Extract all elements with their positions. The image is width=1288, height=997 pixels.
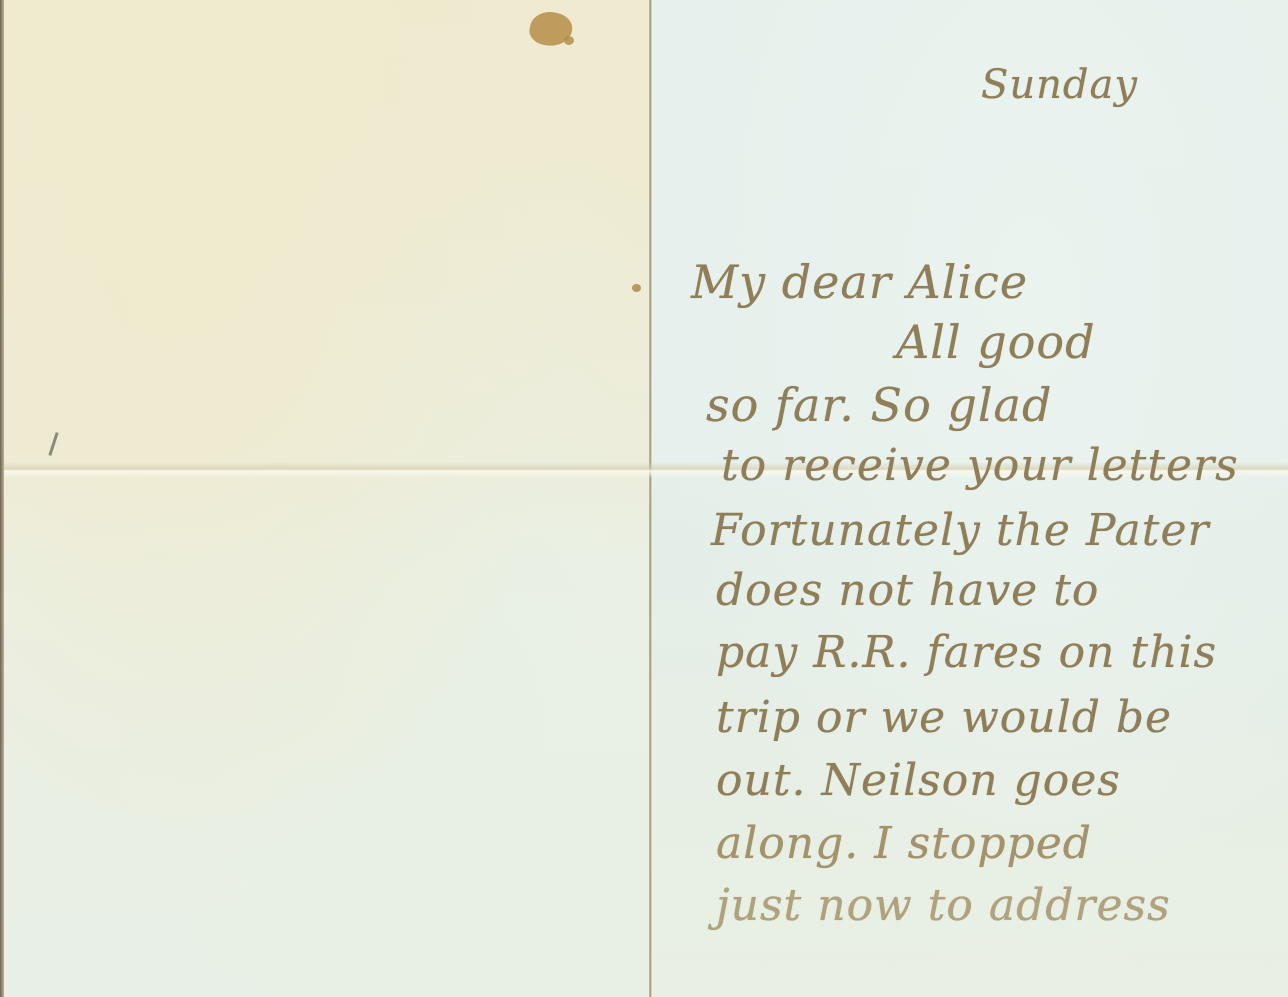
ink-stain-top-tail [564,36,574,45]
handwritten-text-block: Sunday My dear Alice All good so far. So… [651,0,1288,997]
letter-line: so far. So glad [706,378,1052,432]
left-page-blank [0,0,651,997]
letter-line: Fortunately the Pater [711,505,1210,556]
letter-line: just now to address [716,880,1171,931]
salutation: My dear Alice [691,255,1028,309]
letter-line: along. I stopped [716,818,1092,869]
letter-line: out. Neilson goes [716,755,1121,806]
ink-stain-small [632,284,641,292]
letter-line: to receive your letters [721,440,1239,491]
letter-line: trip or we would be [716,692,1172,743]
letter-line: does not have to [716,565,1099,616]
letter-line: pay R.R. fares on this [716,627,1217,678]
paper-left-edge [0,0,4,997]
letter-date: Sunday [981,62,1138,108]
letter-scan: Sunday My dear Alice All good so far. So… [0,0,1288,997]
letter-line: All good [896,315,1096,369]
